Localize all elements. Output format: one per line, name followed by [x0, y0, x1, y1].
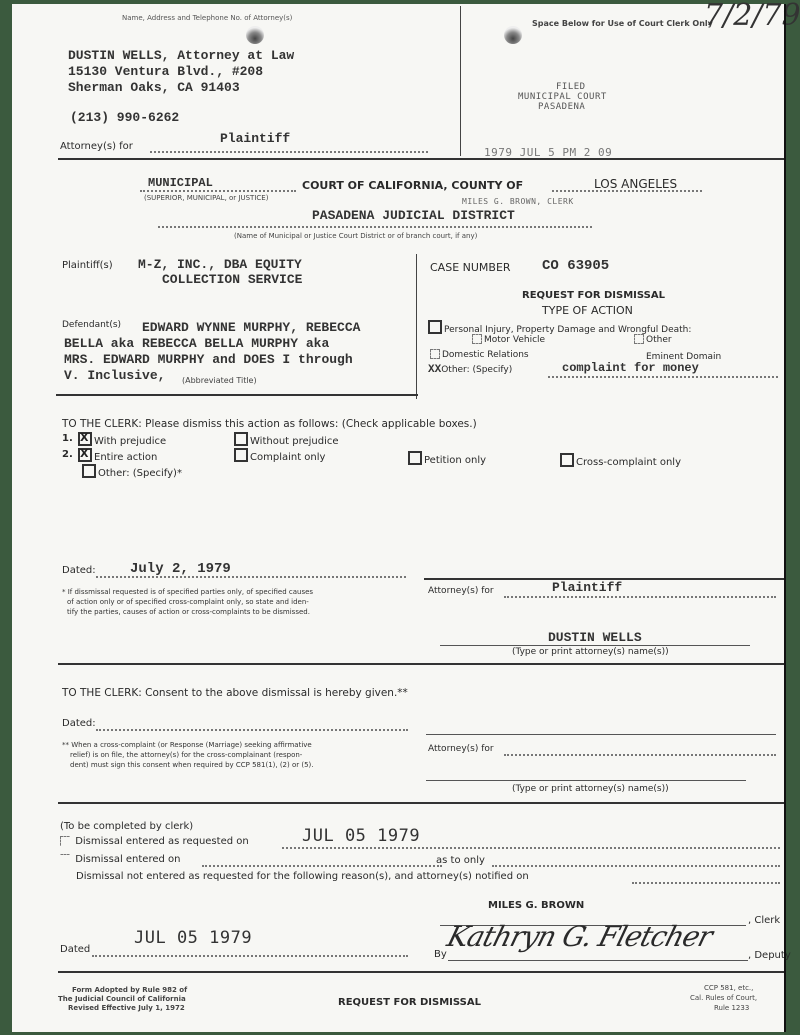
entered-on-label: Dismissal entered on	[75, 854, 180, 865]
filed-stamp-line3: PASADENA	[538, 102, 585, 112]
num-1: 1.	[62, 433, 73, 444]
type-of-action-label: TYPE OF ACTION	[542, 304, 633, 317]
personal-injury-checkbox[interactable]	[428, 320, 442, 334]
dismissal-attorneys-for-value: Plaintiff	[552, 580, 622, 595]
dismissal-attorneys-for-dots	[504, 596, 776, 598]
dismissal-attorneys-for-label: Attorney(s) for	[428, 586, 494, 596]
entire-action-option[interactable]: Entire action	[78, 448, 157, 463]
footer-rule	[58, 971, 786, 973]
without-prejudice-label: Without prejudice	[250, 436, 339, 447]
filed-stamp-line1: FILED	[556, 82, 586, 92]
district-dots	[158, 226, 592, 228]
eminent-domain-checkbox[interactable]	[634, 351, 644, 361]
rule-ref-line1: CCP 581, etc.,	[704, 984, 753, 992]
consent-instruction: TO THE CLERK: Consent to the above dismi…	[62, 687, 408, 699]
clerk-dated-dots	[92, 955, 408, 957]
attorneys-for-value: Plaintiff	[220, 131, 290, 146]
entered-as-requested-date: JUL 05 1979	[302, 826, 420, 846]
entered-on-checkbox[interactable]	[60, 854, 70, 864]
consent-attorney-name-hint: (Type or print attorney(s) name(s))	[512, 784, 669, 794]
attorney-address-line1: 15130 Ventura Blvd., #208	[68, 64, 263, 79]
filed-stamp-line2: MUNICIPAL COURT	[518, 92, 607, 102]
complaint-only-option[interactable]: Complaint only	[234, 448, 325, 463]
other-pi-checkbox[interactable]	[634, 334, 644, 344]
clerk-suffix: , Clerk	[748, 915, 780, 926]
entered-as-requested-label: Dismissal entered as requested on	[75, 836, 249, 847]
clerk-heading: (To be completed by clerk)	[60, 821, 193, 832]
page-right-border	[784, 4, 786, 1032]
domestic-relations-checkbox[interactable]	[430, 349, 440, 359]
as-to-only-dots	[492, 865, 780, 867]
other-pi-label: Other	[646, 335, 672, 345]
plaintiff-line1: M-Z, INC., DBA EQUITY	[138, 257, 302, 272]
county-value: LOS ANGELES	[594, 177, 677, 191]
rule-ref-line2: Cal. Rules of Court,	[690, 994, 757, 1002]
dismissal-section-rule	[58, 663, 786, 665]
entered-as-requested-checkbox[interactable]	[60, 836, 70, 846]
clerk-name: MILES G. BROWN	[488, 900, 584, 911]
clerk-space-label: Space Below for Use of Court Clerk Only	[532, 19, 713, 28]
petition-only-option[interactable]: Petition only	[408, 451, 486, 466]
attorney-block-label: Name, Address and Telephone No. of Attor…	[122, 14, 292, 22]
consent-name-line	[426, 780, 746, 781]
defendant-line4: V. Inclusive,	[64, 368, 165, 383]
header-bottom-rule	[58, 158, 786, 160]
parties-box-divider	[416, 254, 417, 399]
without-prejudice-checkbox[interactable]	[234, 432, 248, 446]
dismissal-dated-label: Dated:	[62, 565, 96, 576]
punch-hole-right	[504, 26, 522, 44]
filed-stamp-time: 1979 JUL 5 PM 2 09	[484, 146, 612, 159]
plaintiff-line2: COLLECTION SERVICE	[162, 272, 302, 287]
entire-action-label: Entire action	[94, 452, 157, 463]
motor-vehicle-option[interactable]: Motor Vehicle	[472, 334, 545, 345]
form-adopted-line2: The Judicial Council of California	[58, 995, 186, 1003]
dismissal-footnote-3: tify the parties, causes of action or cr…	[67, 607, 310, 618]
footer-title: REQUEST FOR DISMISSAL	[338, 997, 481, 1008]
cross-complaint-only-checkbox[interactable]	[560, 453, 574, 467]
complaint-only-checkbox[interactable]	[234, 448, 248, 462]
complaint-only-label: Complaint only	[250, 452, 325, 463]
attorney-address-line2: Sherman Oaks, CA 91403	[68, 80, 240, 95]
punch-hole-left	[246, 26, 264, 44]
rule-ref-line3: Rule 1233	[714, 1004, 749, 1012]
dismissal-dated-value: July 2, 1979	[130, 561, 231, 577]
consent-dated-dots	[96, 729, 408, 731]
case-number-label: CASE NUMBER	[430, 261, 511, 274]
not-entered-label: Dismissal not entered as requested for t…	[76, 871, 529, 882]
with-prejudice-checkbox[interactable]	[78, 432, 92, 446]
form-title: REQUEST FOR DISMISSAL	[522, 290, 665, 301]
court-type-dots	[140, 190, 296, 192]
domestic-relations-option[interactable]: Domestic Relations	[430, 349, 529, 360]
other-specify-option[interactable]: XXOther: (Specify)	[428, 364, 512, 376]
motor-vehicle-checkbox[interactable]	[472, 334, 482, 344]
petition-only-checkbox[interactable]	[408, 451, 422, 465]
other-dismissal-checkbox[interactable]	[82, 464, 96, 478]
cross-complaint-only-option[interactable]: Cross-complaint only	[560, 453, 681, 468]
clerk-name-stamp: MILES G. BROWN, CLERK	[462, 197, 574, 206]
clerk-dated-label: Dated	[60, 944, 90, 955]
other-specify-dots	[548, 376, 778, 378]
dismissal-attorney-name: DUSTIN WELLS	[548, 630, 642, 645]
defendant-line2: BELLA aka REBECCA BELLA MURPHY aka	[64, 336, 329, 351]
consent-attorneys-for-dots	[504, 754, 776, 756]
attorney-phone: (213) 990-6262	[70, 110, 179, 125]
consent-dated-label: Dated:	[62, 718, 96, 729]
court-type: MUNICIPAL	[148, 176, 213, 190]
with-prejudice-label: With prejudice	[94, 436, 166, 447]
defendant-line1: EDWARD WYNNE MURPHY, REBECCA	[142, 320, 360, 335]
case-number-value: CO 63905	[542, 258, 609, 274]
attorneys-for-label: Attorney(s) for	[60, 141, 133, 152]
plaintiff-label: Plaintiff(s)	[62, 260, 113, 271]
deputy-signature: Kathryn G. Fletcher	[444, 920, 716, 953]
cross-complaint-only-label: Cross-complaint only	[576, 457, 681, 468]
other-specify-checkmark[interactable]: XX	[428, 364, 441, 376]
other-dismissal-option[interactable]: Other: (Specify)*	[82, 464, 182, 479]
dismissal-attorney-name-hint: (Type or print attorney(s) name(s))	[512, 647, 669, 657]
num-2: 2.	[62, 449, 73, 460]
entered-on-dots	[202, 865, 442, 867]
not-entered-dots	[632, 882, 780, 884]
district-hint: (Name of Municipal or Justice Court Dist…	[234, 232, 477, 240]
dismissal-form-page: Name, Address and Telephone No. of Attor…	[12, 4, 786, 1032]
with-prejudice-option[interactable]: With prejudice	[78, 432, 166, 447]
clerk-dated-value: JUL 05 1979	[134, 928, 252, 948]
consent-attorneys-for-label: Attorney(s) for	[428, 744, 494, 754]
entered-as-requested-option[interactable]: Dismissal entered as requested on	[60, 836, 249, 847]
domestic-relations-label: Domestic Relations	[442, 350, 529, 360]
other-specify-value: complaint for money	[562, 361, 699, 375]
parties-box-bottom	[56, 394, 418, 396]
abbreviated-title-label: (Abbreviated Title)	[182, 376, 257, 385]
dismissal-instruction: TO THE CLERK: Please dismiss this action…	[62, 418, 477, 430]
court-type-hint: (SUPERIOR, MUNICIPAL, or JUSTICE)	[144, 194, 268, 202]
consent-section-rule	[58, 802, 786, 804]
form-adopted-line1: Form Adopted by Rule 982 of	[72, 986, 187, 994]
defendant-label: Defendant(s)	[62, 320, 121, 330]
defendant-line3: MRS. EDWARD MURPHY and DOES I through	[64, 352, 353, 367]
as-to-only-label: as to only	[436, 855, 485, 866]
county-dots	[552, 190, 702, 192]
attorney-name-line: DUSTIN WELLS, Attorney at Law	[68, 48, 294, 63]
header-divider	[460, 6, 461, 156]
attorneys-for-dotted-line	[150, 151, 428, 153]
petition-only-label: Petition only	[424, 455, 486, 466]
entered-on-option[interactable]: Dismissal entered on	[60, 854, 181, 865]
without-prejudice-option[interactable]: Without prejudice	[234, 432, 339, 447]
other-dismissal-label: Other: (Specify)*	[98, 468, 182, 479]
consent-footnote-3: dent) must sign this consent when requir…	[70, 760, 314, 771]
personal-injury-option[interactable]: Personal Injury, Property Damage and Wro…	[428, 320, 691, 335]
consent-signature-line	[426, 734, 776, 735]
other-specify-label: Other: (Specify)	[441, 365, 512, 375]
court-of-label: COURT OF CALIFORNIA, COUNTY OF	[302, 179, 523, 192]
entire-action-checkbox[interactable]	[78, 448, 92, 462]
judicial-district: PASADENA JUDICIAL DISTRICT	[312, 208, 515, 223]
entered-as-requested-dots	[282, 847, 780, 849]
form-adopted-line3: Revised Effective July 1, 1972	[68, 1004, 185, 1012]
other-pi-option[interactable]: Other	[634, 334, 672, 345]
attorney-name-line	[440, 645, 750, 646]
deputy-signature-line	[448, 960, 748, 961]
motor-vehicle-label: Motor Vehicle	[484, 335, 545, 345]
